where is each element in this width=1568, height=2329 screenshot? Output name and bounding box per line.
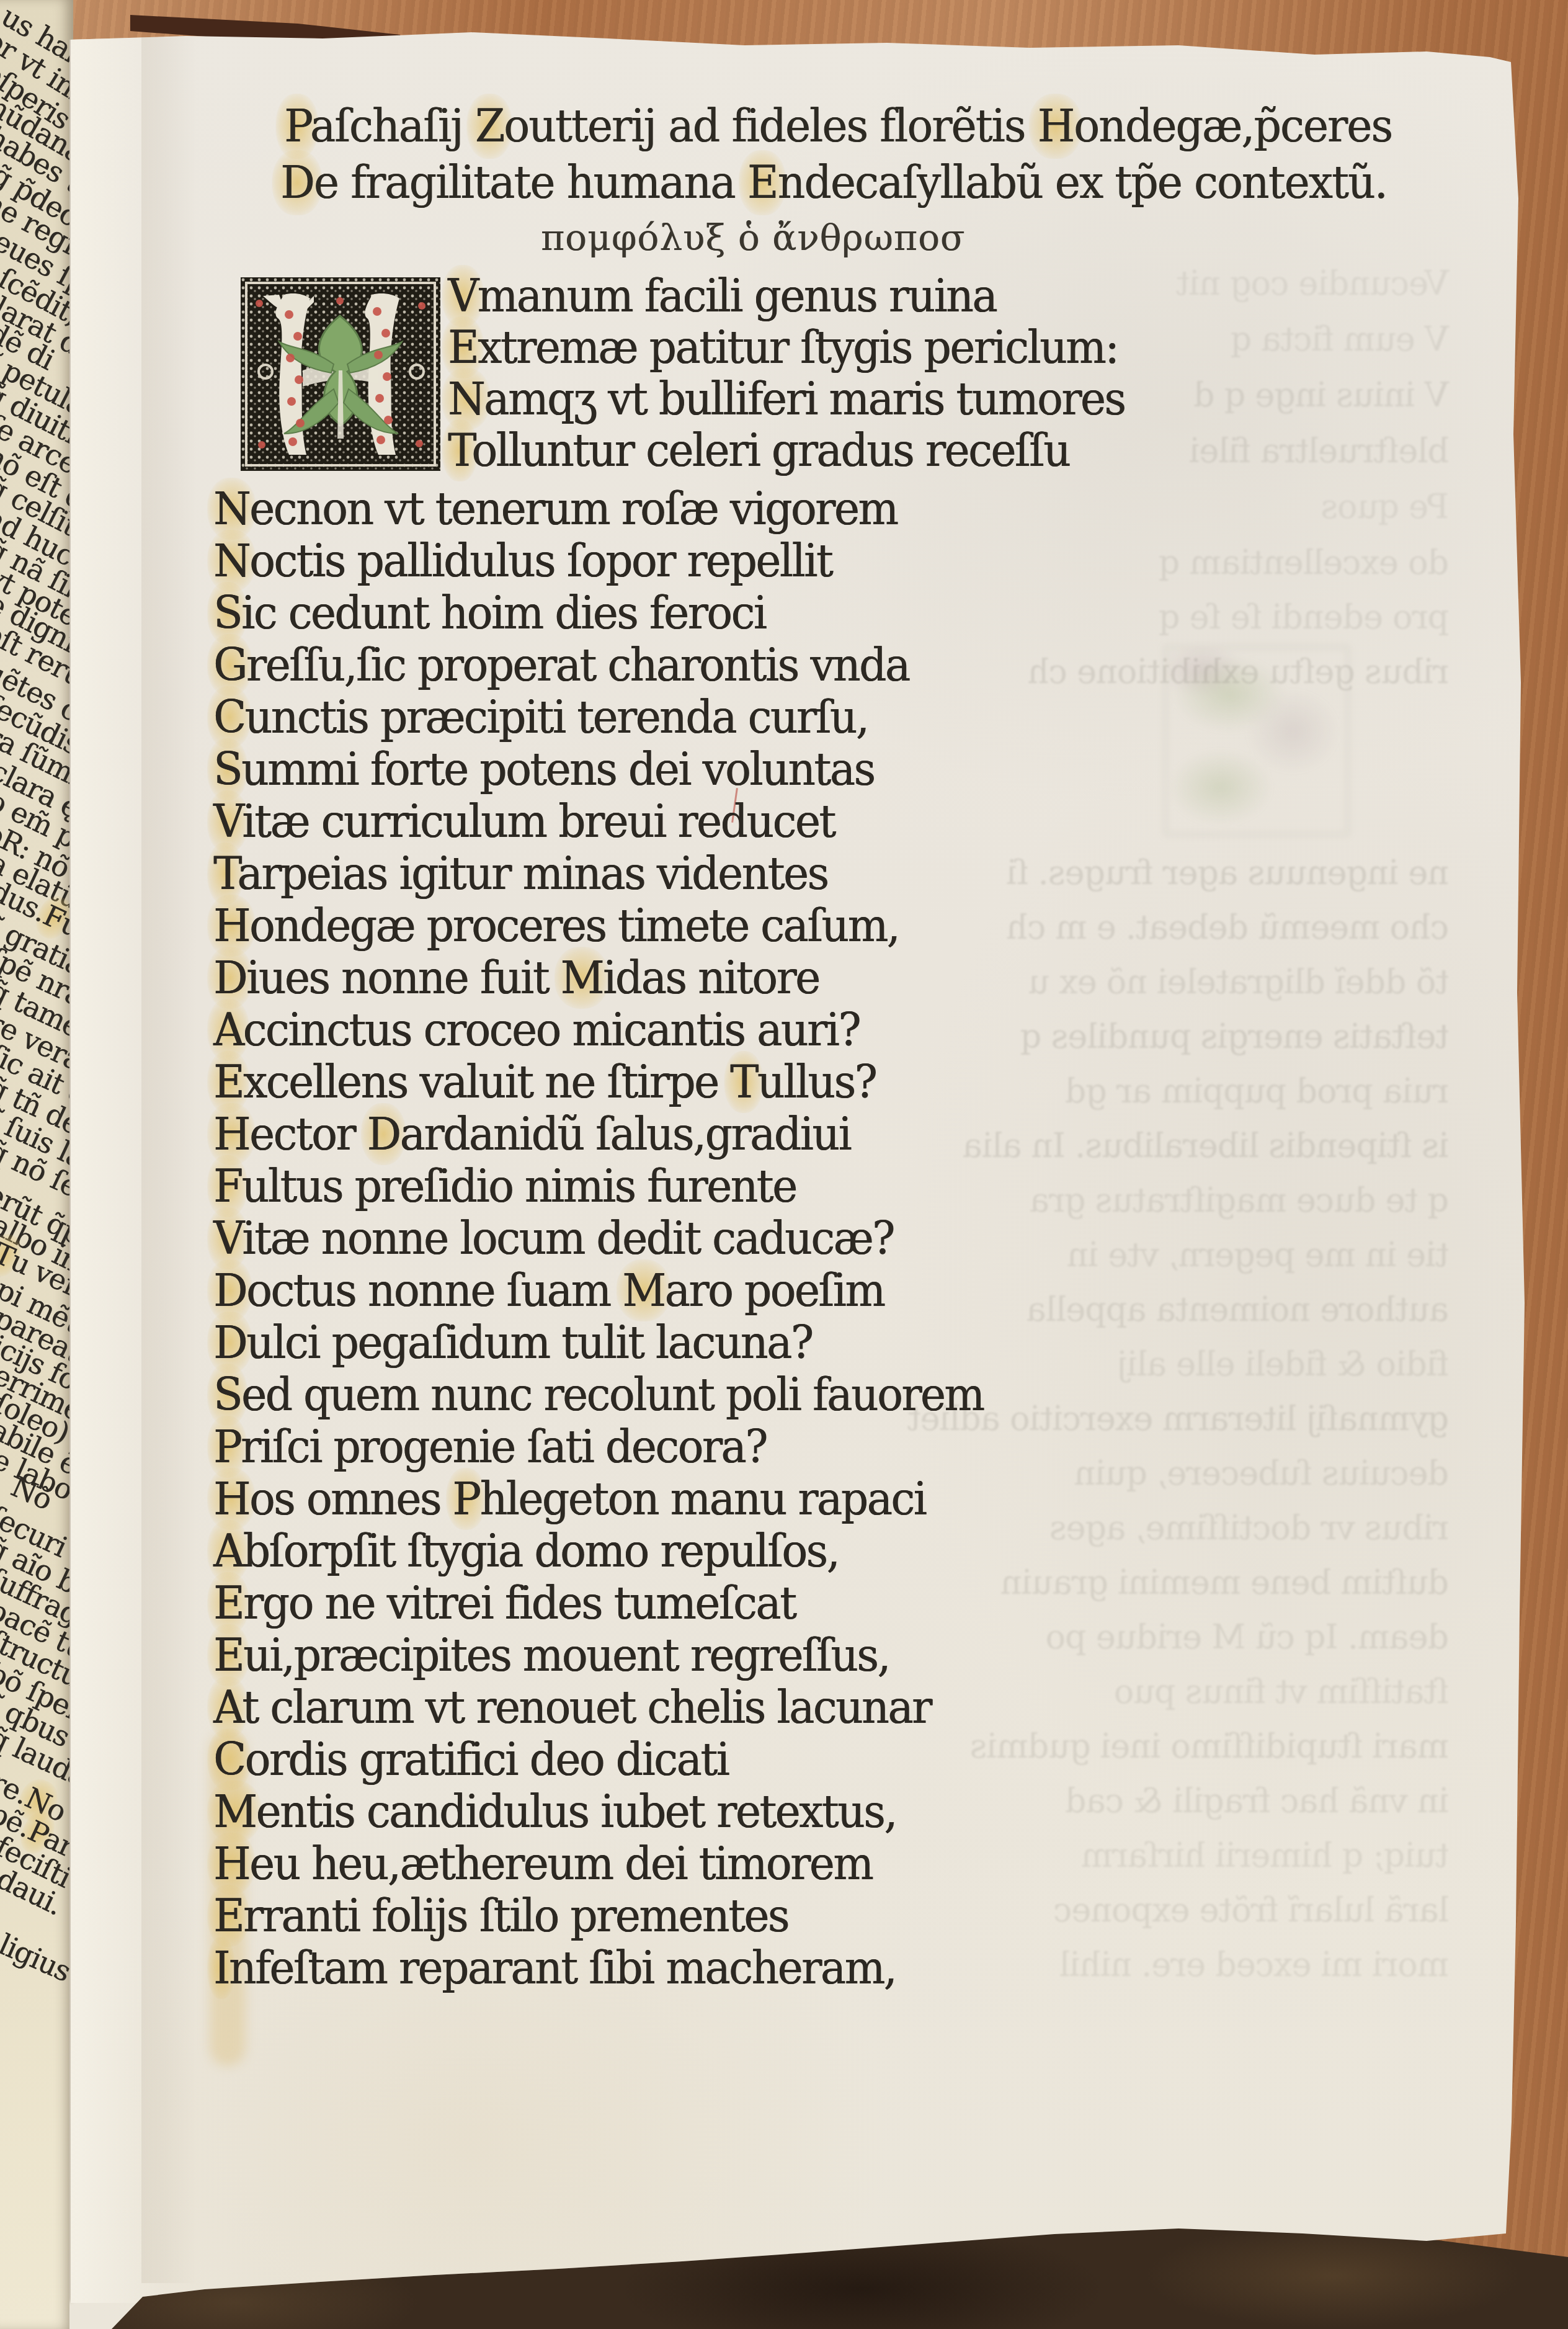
washed-initial: H bbox=[1037, 100, 1074, 153]
washed-initial: M bbox=[622, 1264, 664, 1316]
poem-line: Tarpeias igitur minas videntes bbox=[213, 851, 827, 896]
washed-initial: I bbox=[213, 1942, 229, 1994]
washed-initial: H bbox=[213, 1108, 249, 1160]
washed-initial: D bbox=[213, 1264, 246, 1316]
poem-line: Tolluntur celeri gradus receſſu bbox=[448, 428, 1069, 473]
poem-line: Dulci pegaſidum tulit lacuna? bbox=[213, 1320, 812, 1365]
greek-motto: πομφόλυξ ὁ ἄνθρωποσ bbox=[541, 220, 965, 256]
poem-line: Vitæ nonne locum dedit caducæ? bbox=[213, 1216, 894, 1261]
poem-line: Abſorpſit ſtygia domo repulſos, bbox=[213, 1529, 839, 1573]
washed-initial: D bbox=[213, 952, 246, 1004]
poem-line: Sic cedunt hoim dies feroci bbox=[213, 591, 765, 635]
poem-line: Namqʒ vt bulliferi maris tumores bbox=[448, 377, 1125, 421]
showthrough-text-line: ruia prod puppim ar gd bbox=[794, 1075, 1449, 1108]
washed-initial: P bbox=[452, 1473, 479, 1525]
title-line-2: De fragilitate humana Endecaſyllabũ ex t… bbox=[280, 160, 1387, 205]
woodcut-drop-cap-icon bbox=[241, 277, 440, 471]
washed-initial: E bbox=[213, 1056, 243, 1108]
washed-initial: S bbox=[213, 587, 241, 639]
washed-initial: T bbox=[213, 847, 237, 900]
poem-line: Sed quem nunc recolunt poli fauorem bbox=[213, 1372, 984, 1417]
showthrough-text-line: teſtatis energis pundiles q bbox=[794, 1020, 1449, 1053]
washed-initial: D bbox=[280, 156, 314, 209]
washed-initial: A bbox=[213, 1004, 243, 1056]
washed-initial: C bbox=[213, 691, 244, 743]
washed-initial: D bbox=[213, 1316, 246, 1369]
washed-initial: V bbox=[213, 1212, 242, 1264]
washed-initial: V bbox=[213, 795, 242, 847]
poem-line: Diues nonne fuit Midas nitore bbox=[213, 955, 819, 1000]
showthrough-text-line: tuiq; q himerii hirſarm bbox=[794, 1839, 1449, 1872]
poem-line: Mentis candidulus iubet retextus, bbox=[213, 1789, 896, 1834]
washed-initial: E bbox=[747, 156, 778, 209]
showthrough-text-line: is ſtipendis liberalibus. In alia bbox=[794, 1129, 1449, 1163]
poem-line: Hector Dardanidũ ſalus,gradiui bbox=[213, 1112, 850, 1156]
spine-text-fragment: ligius bbox=[0, 1929, 73, 1986]
washed-initial: P bbox=[213, 1421, 241, 1473]
poem-line: Priſci progenie ſati decora? bbox=[213, 1424, 767, 1469]
poem-line: Infeſtam reparant ſibi macheram, bbox=[213, 1946, 896, 1990]
washed-initial: D bbox=[367, 1108, 400, 1160]
washed-initial: E bbox=[213, 1890, 243, 1942]
poem-line: Hondegæ proceres timete caſum, bbox=[213, 903, 899, 948]
washed-initial: T bbox=[0, 1236, 19, 1274]
washed-initial: G bbox=[213, 639, 246, 691]
washed-initial: T bbox=[730, 1056, 757, 1108]
washed-initial: N bbox=[448, 373, 484, 425]
showthrough-text-line: authore noimenta appella bbox=[794, 1293, 1449, 1326]
showthrough-text-line: pro edendi ſe ſe q bbox=[794, 601, 1449, 634]
poem-line: Fultus preſidio nimis furente bbox=[213, 1164, 796, 1209]
washed-initial: C bbox=[213, 1733, 244, 1786]
poem-line: Noctis pallidulus ſopor repellit bbox=[213, 539, 832, 583]
poem-line: Summi forte potens dei voluntas bbox=[213, 747, 875, 792]
poem-line: Vitæ curriculum breui reducet bbox=[213, 799, 835, 844]
poem-line: Erranti folijs ſtilo prementes bbox=[213, 1893, 788, 1938]
title-line-1: Paſchaſij Zoutterij ad fideles florẽtis … bbox=[284, 104, 1392, 149]
poem-line: Doctus nonne ſuam Maro poeſim bbox=[213, 1268, 884, 1313]
showthrough-text-line: mari ſtupidiſſimo inei gudmis bbox=[794, 1730, 1449, 1763]
poem-line: Vmanum facili genus ruina bbox=[448, 274, 996, 318]
washed-initial: H bbox=[213, 1838, 249, 1890]
washed-initial: N bbox=[213, 483, 249, 535]
showthrough-text-line: ne ingenuus ager fruges. ſi bbox=[794, 856, 1449, 890]
page: Vecundie cog nitV eum ficta qV inius ing… bbox=[0, 0, 1568, 2329]
washed-initial: H bbox=[213, 1473, 249, 1525]
showthrough-text-line: do excellentiam q bbox=[794, 546, 1449, 579]
gutter-fold-shade bbox=[141, 37, 197, 2283]
washed-initial: A bbox=[213, 1525, 243, 1577]
washed-initial: V bbox=[448, 270, 478, 322]
poem-line: At clarum vt renouet chelis lacunar bbox=[213, 1685, 931, 1730]
poem-line: Ergo ne vitrei fides tumeſcat bbox=[213, 1581, 795, 1625]
poem-line: Necnon vt tenerum roſæ vigorem bbox=[213, 486, 897, 531]
poem-line: Extremæ patitur ſtygis periclum: bbox=[448, 325, 1118, 370]
washed-initial: P bbox=[284, 100, 310, 153]
washed-initial: E bbox=[448, 321, 478, 373]
showthrough-text-line: tõ ddeĩ dligratelei nõ ex u bbox=[794, 965, 1449, 999]
washed-initial: N bbox=[213, 535, 249, 587]
poem-line: Cordis gratifici deo dicati bbox=[213, 1737, 728, 1782]
poem-line: Cunctis præcipiti terenda curſu, bbox=[213, 695, 868, 740]
washed-initial: F bbox=[213, 1160, 242, 1212]
spine-strip: us habor vt inſtarpſperis elamũdana vaha… bbox=[0, 0, 73, 2329]
washed-initial: E bbox=[213, 1629, 243, 1681]
washed-initial: S bbox=[213, 743, 241, 795]
washed-initial: A bbox=[213, 1681, 242, 1733]
washed-initial: H bbox=[213, 900, 249, 952]
poem-line: Accinctus croceo micantis auri? bbox=[213, 1008, 860, 1052]
poem-line: Greſſu,ſic properat charontis vnda bbox=[213, 643, 909, 687]
washed-initial: S bbox=[213, 1369, 241, 1421]
photo-of-book-on-wooden-table: { "title_block": { "line1": "Paſchaſij Z… bbox=[0, 0, 1568, 2329]
washed-initial: T bbox=[448, 424, 471, 476]
washed-initial: Z bbox=[475, 100, 504, 153]
poem-line: Hos omnes Phlegeton manu rapaci bbox=[213, 1477, 925, 1521]
showthrough-text-line: deam. Iq cũ M eridue po bbox=[794, 1620, 1449, 1654]
showthrough-text-line: larã lularĩ frõte exponec bbox=[794, 1893, 1449, 1927]
washed-initial: M bbox=[213, 1786, 256, 1838]
showthrough-text-line: duſtim bene memini grauin bbox=[794, 1566, 1449, 1599]
poem-line: Eui,præcipites mouent regreſſus, bbox=[213, 1633, 889, 1678]
washed-initial: E bbox=[213, 1577, 243, 1629]
poem-line: Heu heu,æthereum dei timorem bbox=[213, 1841, 872, 1886]
washed-initial: M bbox=[561, 952, 603, 1004]
poem-line: Excellens valuit ne ſtirpe Tullus? bbox=[213, 1060, 876, 1104]
